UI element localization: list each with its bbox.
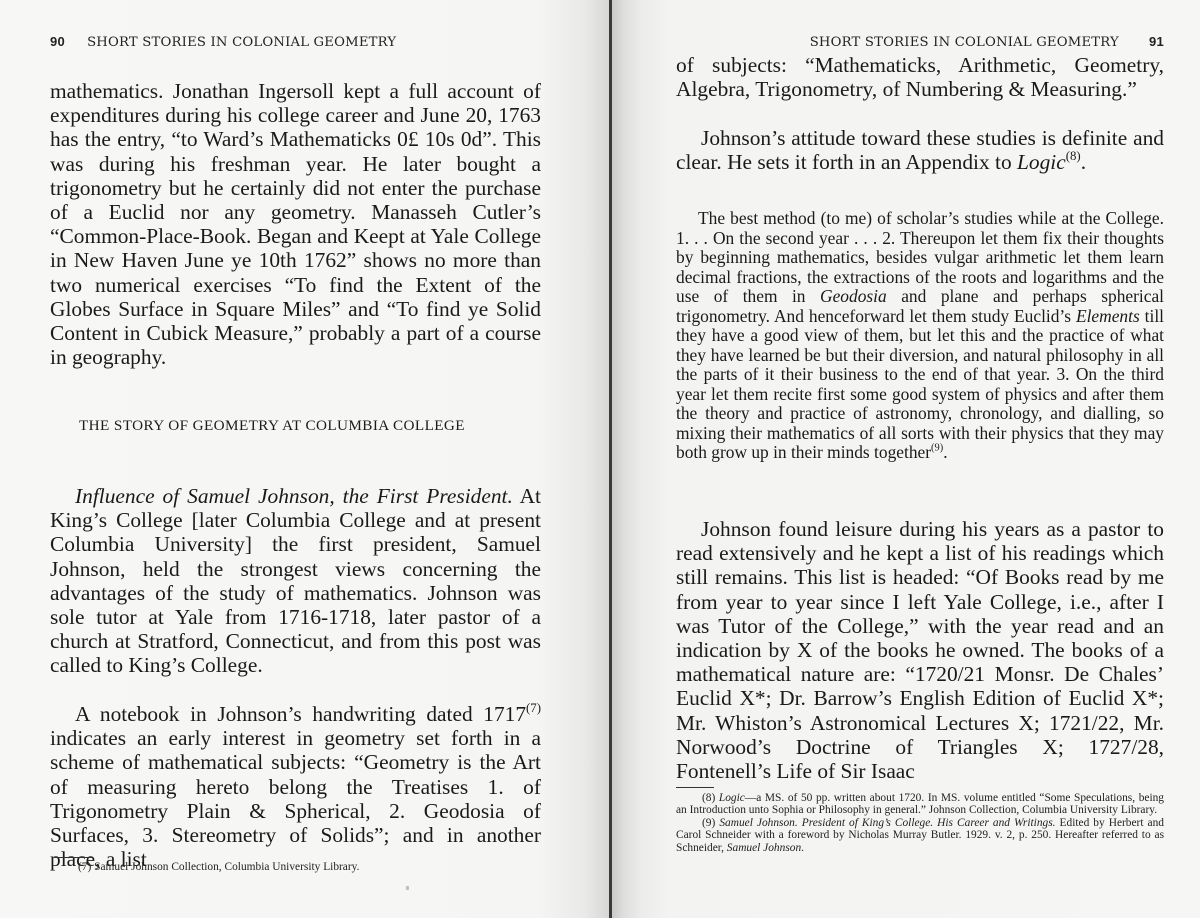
- punctuation: .: [943, 442, 947, 462]
- right-paragraph-3: Johnson found leisure during his years a…: [676, 517, 1164, 783]
- right-running-head: SHORT STORIES IN COLONIAL GEOMETRY91: [810, 34, 1164, 51]
- run-in-heading: Influence of Samuel Johnson, the First P…: [75, 484, 513, 508]
- elements-title: Elements: [1076, 306, 1140, 326]
- left-paragraph-3: A notebook in Johnson’s handwriting date…: [50, 702, 541, 871]
- quote-text: till they have a good view of them, but …: [676, 306, 1164, 463]
- right-footnotes: (8) Logic—a MS. of 50 pp. written about …: [676, 792, 1164, 854]
- paragraph-text: A notebook in Johnson’s handwriting date…: [75, 702, 526, 726]
- right-paragraph-2: Johnson’s attitude toward these studies …: [676, 126, 1164, 174]
- block-quote: The best method (to me) of scholar’s stu…: [676, 209, 1164, 463]
- footnote-8: (8) Logic—a MS. of 50 pp. written about …: [676, 792, 1164, 817]
- paragraph-text: indicates an early interest in geometry …: [50, 726, 541, 871]
- left-paragraph-1: mathematics. Jonathan Ingersoll kept a f…: [50, 79, 541, 369]
- footnote-ref-8[interactable]: (8): [1066, 149, 1081, 163]
- footnote-9: (9) Samuel Johnson. President of King’s …: [676, 817, 1164, 854]
- punctuation: .: [801, 842, 804, 854]
- geodosia-term: Geodosia: [820, 286, 887, 306]
- footnote-italic: Samuel Johnson: [727, 842, 801, 854]
- punctuation: .: [1081, 150, 1086, 174]
- footnote-rule: [54, 857, 92, 858]
- paragraph-text: Johnson’s attitude toward these studies …: [676, 126, 1164, 174]
- right-running-title: SHORT STORIES IN COLONIAL GEOMETRY: [810, 35, 1119, 50]
- footnote-text: —a MS. of 50 pp. written about 1720. In …: [676, 792, 1164, 816]
- left-running-title: SHORT STORIES IN COLONIAL GEOMETRY: [87, 35, 396, 50]
- footnote-number: (9): [702, 817, 719, 829]
- section-title: THE STORY OF GEOMETRY AT COLUMBIA COLLEG…: [79, 417, 465, 435]
- logic-title: Logic: [1017, 150, 1066, 174]
- footnote-ref-7[interactable]: (7): [526, 701, 541, 715]
- footnote-7: (7) Samuel Johnson Collection, Columbia …: [78, 861, 498, 873]
- paragraph-text: At King’s College [later Columbia Colleg…: [50, 484, 541, 677]
- paragraph-text: of subjects: “Mathematicks, Arithmetic, …: [676, 53, 1164, 101]
- book-spread: 90SHORT STORIES IN COLONIAL GEOMETRY mat…: [0, 0, 1200, 918]
- left-paragraph-2: Influence of Samuel Johnson, the First P…: [50, 484, 541, 678]
- right-paragraph-1: of subjects: “Mathematicks, Arithmetic, …: [676, 53, 1164, 101]
- right-page-number: 91: [1149, 34, 1164, 49]
- paragraph-text: mathematics. Jonathan Ingersoll kept a f…: [50, 79, 541, 369]
- footnote-italic: Logic: [719, 792, 745, 804]
- footnote-italic: Samuel Johnson. President of King’s Coll…: [719, 817, 1055, 829]
- paragraph-text: Johnson found leisure during his years a…: [676, 517, 1164, 783]
- footnote-ref-9[interactable]: (9): [931, 443, 943, 454]
- footnote-number: (8): [702, 792, 719, 804]
- left-running-head: 90SHORT STORIES IN COLONIAL GEOMETRY: [50, 34, 396, 51]
- left-page-number: 90: [50, 34, 65, 49]
- footnote-rule: [676, 787, 714, 788]
- paper-smudge: [406, 886, 409, 890]
